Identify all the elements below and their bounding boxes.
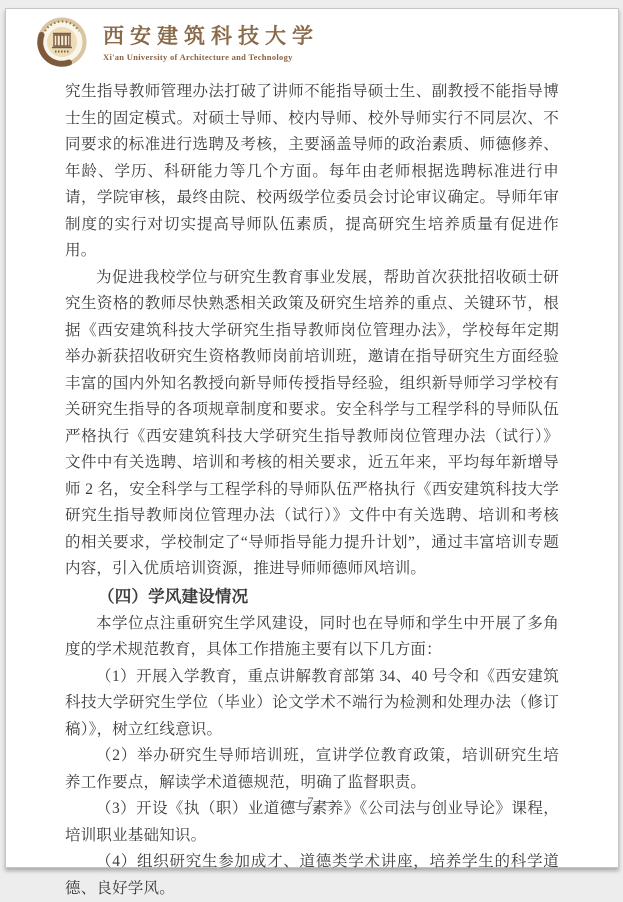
section-heading: （四）学风建设情况 xyxy=(65,583,559,611)
paragraph: 本学位点注重研究生学风建设，同时也在导师和学生中开展了多角度的学术规范教育，具体… xyxy=(65,611,559,664)
document-page: 西安建筑科技大学 Xi'an University of Architectur… xyxy=(5,8,619,868)
document-body: 究生指导教师管理办法打破了讲师不能指导硕士生、副教授不能指导博士生的固定模式。对… xyxy=(65,79,559,879)
university-titles: 西安建筑科技大学 Xi'an University of Architectur… xyxy=(103,23,319,62)
university-name-zh: 西安建筑科技大学 xyxy=(103,23,319,49)
list-item-4: （4）组织研究生参加成才、道德类学术讲座，培养学生的科学道德、良好学风。 xyxy=(65,849,559,879)
paragraph-continued: 究生指导教师管理办法打破了讲师不能指导硕士生、副教授不能指导博士生的固定模式。对… xyxy=(65,79,559,265)
paragraph: 为促进我校学位与研究生教育事业发展，帮助首次获批招收硕士研究生资格的教师尽快熟悉… xyxy=(65,265,559,583)
list-item-1: （1）开展入学教育，重点讲解教育部第 34、40 号令和《西安建筑科技大学研究生… xyxy=(65,664,559,744)
university-seal-icon xyxy=(37,17,87,67)
page-number: — 7 — xyxy=(6,794,618,809)
list-item-2: （2）举办研究生导师培训班，宣讲学位教育政策，培训研究生培养工作要点，解读学术道… xyxy=(65,743,559,796)
page-header: 西安建筑科技大学 Xi'an University of Architectur… xyxy=(37,17,319,67)
university-name-en: Xi'an University of Architecture and Tec… xyxy=(103,52,319,62)
